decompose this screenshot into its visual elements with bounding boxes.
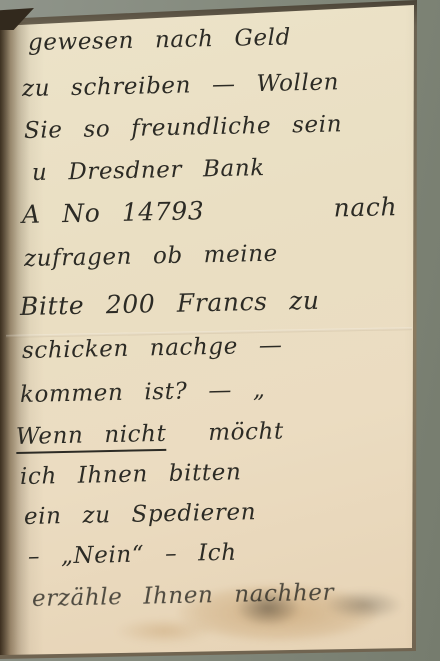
handwritten-line-10: Wenn nicht möcht xyxy=(16,418,284,450)
handwritten-line-7: Bitte 200 Francs zu xyxy=(20,286,320,321)
handwritten-line-12: ein zu Spedieren xyxy=(24,499,257,530)
handwritten-line-13: – „Nein“ – Ich xyxy=(28,540,237,570)
line-10-rest: möcht xyxy=(166,418,284,446)
handwritten-line-4: u Dresdner Bank xyxy=(32,155,265,186)
handwritten-line-5: A No 14793 nach xyxy=(22,192,398,229)
handwritten-line-8: schicken nachge — xyxy=(22,333,283,364)
letter-photograph: gewesen nach Geld zu schreiben — Wollen … xyxy=(0,0,440,661)
handwritten-line-1: gewesen nach Geld xyxy=(28,24,291,56)
handwritten-line-2: zu schreiben — Wollen xyxy=(22,69,340,102)
handwritten-line-6: zufragen ob meine xyxy=(24,241,278,272)
handwritten-line-14: erzähle Ihnen nachher xyxy=(32,580,335,612)
handwritten-line-9: kommen ist? — „ xyxy=(20,377,266,408)
handwritten-line-3: Sie so freundliche sein xyxy=(24,111,343,144)
handwritten-line-11: ich Ihnen bitten xyxy=(20,459,242,490)
letter-text: gewesen nach Geld zu schreiben — Wollen … xyxy=(0,0,440,661)
underlined-phrase: Wenn nicht xyxy=(16,421,167,454)
